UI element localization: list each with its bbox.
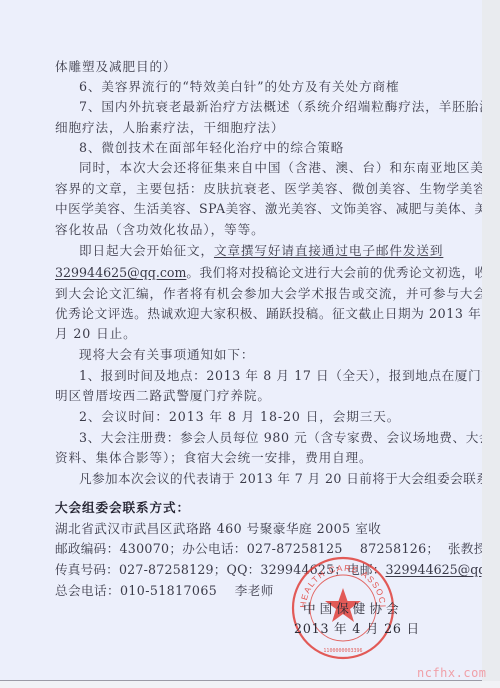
attendance-note: 凡参加本次会议的代表请于 2013 年 7 月 20 日前将于大会组委会联系。 — [79, 471, 475, 487]
item-registration-cont: 明区曾厝垵西二路武警厦门疗养院。 — [55, 388, 475, 404]
scan-edge-right — [482, 0, 500, 688]
paragraph-line: 优秀论文评选。热诚欢迎大家积极、踊跃投稿。征文截止日期为 2013 年 7 — [55, 306, 475, 322]
svg-text:1100000003396: 1100000003396 — [323, 648, 362, 654]
list-item-8: 8、微创技术在面部年轻化治疗中的综合策略 — [79, 140, 475, 156]
paragraph-line: 中医学美容、生活美容、SPA美容、激光美容、文饰美容、减肥与美体、美 — [55, 201, 475, 217]
paragraph-line: 容化妆品（含功效化妆品），等等。 — [55, 222, 475, 238]
list-item-7: 7、国内外抗衰老最新治疗方法概述（系统介绍端粒酶疗法，羊胚胎活 — [79, 99, 475, 115]
text-line: 体雕塑及减肥目的） — [55, 59, 475, 75]
contact-hq-phone: 总会电话：010-51817065 李老师 — [55, 583, 475, 599]
item-meeting-time: 2、会议时间：2013 年 8 月 18-20 日，会期三天。 — [79, 409, 475, 425]
email-line-suffix: 。我们将对投稿论文进行大会前的优秀论文初选，收录 — [186, 265, 500, 280]
contact-postal-phone: 邮政编码：430070；办公电话：027-87258125 87258126； … — [55, 541, 475, 557]
paragraph-line: 容界的文章，主要包括：皮肤抗衰老、医学美容、微创美容、生物学美容、 — [55, 181, 475, 197]
site-watermark: ncfhx.com — [417, 666, 487, 680]
signature-org: 中国保健协会 — [303, 598, 403, 617]
paragraph-line: 到大会论文汇编，作者将有机会参加大会学术报告或交流，并可参与大会 — [55, 286, 475, 302]
submission-email-link[interactable]: 329944625@qq.com — [55, 265, 186, 280]
item-fee-cont: 资料、集体合影等）；食宿大会统一安排，费用自理。 — [55, 450, 475, 466]
item-registration: 1、报到时间及地点：2013 年 8 月 17 日（全天），报到地点在厦门市思 — [79, 368, 475, 384]
signature-date: 2013 年 4 月 26 日 — [294, 618, 420, 637]
submission-instruction: 文章撰写好请直接通过电子邮件发送到 — [214, 243, 443, 258]
document-page: 体雕塑及减肥目的） 6、美容界流行的“特效美白针”的处方及有关处方商榷 7、国内… — [0, 0, 482, 681]
paragraph-line: 月 20 日止。 — [55, 326, 475, 342]
list-item-6: 6、美容界流行的“特效美白针”的处方及有关处方商榷 — [79, 79, 475, 95]
contact-address: 湖北省武汉市武昌区武珞路 460 号聚豪华庭 2005 室收 — [55, 521, 475, 537]
item-fee: 3、大会注册费：参会人员每位 980 元（含专家费、会议场地费、大会 — [79, 430, 475, 446]
text-line: 细胞疗法，人胎素疗法，干细胞疗法） — [55, 120, 475, 136]
notice-intro: 现将大会有关事项通知如下： — [79, 347, 475, 363]
paragraph-line: 同时，本次大会还将征集来自中国（含港、澳、台）和东南亚地区美 — [79, 160, 475, 176]
contact-fax-qq-email: 传真号码：027-87258129；QQ：329944625；电邮：329944… — [55, 562, 475, 578]
call-for-papers-line: 即日起大会开始征文，文章撰写好请直接通过电子邮件发送到 — [79, 243, 475, 259]
scan-edge-bottom — [0, 681, 500, 688]
call-prefix: 即日起大会开始征文， — [79, 243, 214, 258]
contact-heading: 大会组委会联系方式： — [55, 500, 475, 516]
email-line: 329944625@qq.com。我们将对投稿论文进行大会前的优秀论文初选，收录 — [55, 265, 475, 281]
